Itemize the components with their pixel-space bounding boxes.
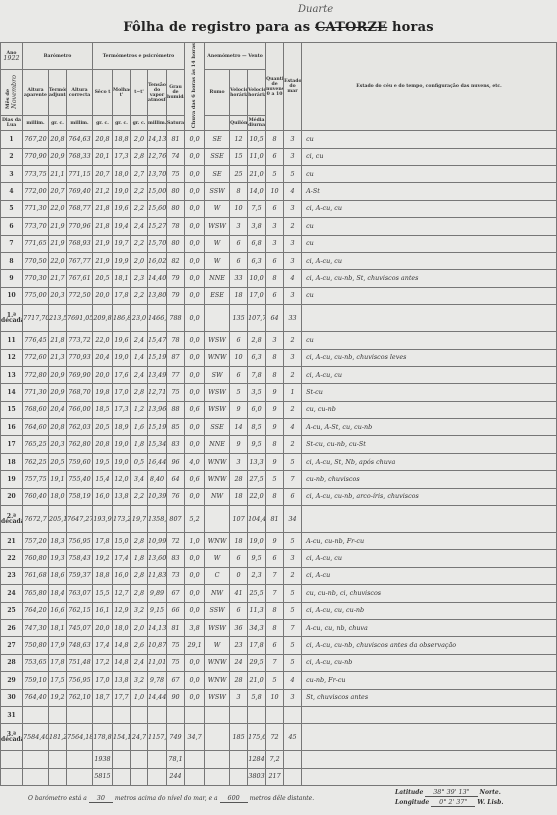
value-cell: 771,30 xyxy=(23,200,49,217)
value-cell: WSW xyxy=(205,332,230,349)
value-cell: 767,20 xyxy=(23,131,49,148)
decade-summary-row: 2.ª década7672,7205,17647,27193,9173,219… xyxy=(1,506,557,533)
value-cell: 34,7 xyxy=(185,724,205,751)
value-cell: 17,9 xyxy=(49,637,67,654)
value-cell: 9 xyxy=(266,533,284,550)
value-cell: 173,2 xyxy=(113,506,131,533)
value-cell xyxy=(205,751,230,768)
value-cell: 0,0 xyxy=(185,384,205,401)
value-cell: 12,7 xyxy=(113,585,131,602)
value-cell: 3 xyxy=(284,689,302,706)
table-row: 7771,6521,9768,9321,919,72,215,70800,0W6… xyxy=(1,235,557,252)
value-cell: 764,40 xyxy=(23,689,49,706)
day-cell: 5 xyxy=(1,200,23,217)
value-cell: 769,40 xyxy=(67,183,93,200)
value-cell: 7,2 xyxy=(266,751,284,768)
value-cell: 2,0 xyxy=(131,619,148,636)
value-cell: 9,15 xyxy=(148,602,167,619)
value-cell: 10,87 xyxy=(148,637,167,654)
value-cell: 6,3 xyxy=(248,252,266,269)
value-cell: 15,19 xyxy=(148,419,167,436)
table-row: 29759,1017,5756,9517,013,83,29,78670,0WN… xyxy=(1,672,557,689)
value-cell: 2,6 xyxy=(131,637,148,654)
table-row: 20760,4018,0758,1916,013,82,210,39760,0N… xyxy=(1,488,557,505)
decade-summary-row: 1.ª década7717,70213,57691,05209,8186,82… xyxy=(1,305,557,332)
value-cell: 1,0 xyxy=(131,689,148,706)
month-value: Novembro xyxy=(12,75,17,109)
value-cell: 765,80 xyxy=(23,585,49,602)
value-cell: 96 xyxy=(167,453,185,470)
sky-observation: ci, A-cu, cu xyxy=(302,200,557,217)
value-cell: 80 xyxy=(167,200,185,217)
value-cell: 17,5 xyxy=(49,672,67,689)
value-cell xyxy=(185,768,205,785)
value-cell: 2 xyxy=(284,218,302,235)
value-cell: SSW xyxy=(205,183,230,200)
value-cell: 81 xyxy=(266,506,284,533)
value-cell: 15,34 xyxy=(148,436,167,453)
value-cell: 6 xyxy=(266,252,284,269)
value-cell: 11,01 xyxy=(148,654,167,671)
thermo-header: Termómetros e psicrómetro xyxy=(93,43,185,70)
value-cell: 3 xyxy=(284,235,302,252)
day-cell: 17 xyxy=(1,436,23,453)
table-row: 30764,4019,2762,1018,717,71,014,44900,0W… xyxy=(1,689,557,706)
value-cell: 0,0 xyxy=(185,165,205,182)
value-cell: 3 xyxy=(284,550,302,567)
sky-observation: A-cu, A-St, cu, cu-nb xyxy=(302,419,557,436)
value-cell: 4 xyxy=(284,672,302,689)
value-cell xyxy=(185,751,205,768)
value-cell: 74 xyxy=(167,148,185,165)
wet-header: Molhado t' xyxy=(113,70,131,116)
value-cell: 5 xyxy=(284,165,302,182)
value-cell: 0,0 xyxy=(185,131,205,148)
value-cell: 19,7 xyxy=(131,506,148,533)
unit-cell: gr. c. xyxy=(49,115,67,130)
day-cell: 8 xyxy=(1,252,23,269)
value-cell: 10 xyxy=(266,183,284,200)
table-row: 8770,5022,0767,7721,919,92,016,02820,0W6… xyxy=(1,252,557,269)
value-cell xyxy=(205,305,230,332)
table-row: 2770,9020,9768,3320,117,32,812,76740,0SS… xyxy=(1,148,557,165)
value-cell: 3 xyxy=(266,235,284,252)
value-cell: 760,40 xyxy=(23,488,49,505)
value-cell: 2,0 xyxy=(131,252,148,269)
value-cell: 6 xyxy=(266,637,284,654)
value-cell: 17,8 xyxy=(113,287,131,304)
value-cell: 81 xyxy=(167,619,185,636)
sky-observation: ci, A-cu, cu-nb, chuviscos antes da obse… xyxy=(302,637,557,654)
value-cell: 75 xyxy=(167,165,185,182)
value-cell xyxy=(49,706,67,723)
value-cell: 10 xyxy=(230,200,248,217)
value-cell: 750,80 xyxy=(23,637,49,654)
value-cell: 10 xyxy=(230,349,248,366)
value-cell: 11,0 xyxy=(248,148,266,165)
value-cell: SE xyxy=(205,165,230,182)
value-cell xyxy=(131,751,148,768)
note-c: metros dêle distante. xyxy=(250,795,314,802)
sky-observation: cu xyxy=(302,131,557,148)
sky-observation: A-cu, cu-nb, Fr-cu xyxy=(302,533,557,550)
value-cell: 770,96 xyxy=(67,218,93,235)
value-cell: 75 xyxy=(167,654,185,671)
sky-observation: ci, A-cu, cu-nb, St, chuviscos antes xyxy=(302,270,557,287)
value-cell: 19,0 xyxy=(113,349,131,366)
value-cell: 18 xyxy=(230,533,248,550)
value-cell: 16,0 xyxy=(93,488,113,505)
value-cell: W xyxy=(205,200,230,217)
sky-observation: ci, cu xyxy=(302,148,557,165)
value-cell: 45 xyxy=(284,724,302,751)
value-cell: 7564,18 xyxy=(67,724,93,751)
value-cell: 66 xyxy=(167,602,185,619)
value-cell: 1284 xyxy=(248,751,266,768)
value-cell: 11,3 xyxy=(248,602,266,619)
value-cell: WNW xyxy=(205,672,230,689)
sky-observation xyxy=(302,724,557,751)
value-cell: 12 xyxy=(230,131,248,148)
value-cell: 19,7 xyxy=(113,235,131,252)
value-cell: 762,80 xyxy=(67,436,93,453)
value-cell: 2,4 xyxy=(131,332,148,349)
value-cell: 8,40 xyxy=(148,471,167,488)
value-cell: 0,0 xyxy=(185,654,205,671)
value-cell xyxy=(205,706,230,723)
value-cell: 75 xyxy=(167,384,185,401)
sky-observation: St-cu xyxy=(302,384,557,401)
value-cell: 0,0 xyxy=(185,567,205,584)
value-cell: WNW xyxy=(205,471,230,488)
value-cell: 0,0 xyxy=(185,419,205,436)
value-cell: 6 xyxy=(266,550,284,567)
value-cell: 2,2 xyxy=(131,488,148,505)
value-cell: 748,63 xyxy=(67,637,93,654)
value-cell: 0,0 xyxy=(185,305,205,332)
value-cell: 2,8 xyxy=(131,533,148,550)
day-cell: 27 xyxy=(1,637,23,654)
value-cell: 5 xyxy=(266,672,284,689)
value-cell: NW xyxy=(205,585,230,602)
table-row: 19757,7519,1755,4015,412,03,48,40640,6WN… xyxy=(1,471,557,488)
value-cell: 205,1 xyxy=(49,506,67,533)
value-cell: 9,89 xyxy=(148,585,167,602)
value-cell: 14,13 xyxy=(148,619,167,636)
value-cell: 2 xyxy=(284,366,302,383)
value-cell: 9 xyxy=(230,436,248,453)
value-cell: 107,7 xyxy=(248,305,266,332)
value-cell xyxy=(230,751,248,768)
sky-header: Estado do céu e do tempo, configuração d… xyxy=(302,43,557,131)
value-cell xyxy=(248,706,266,723)
value-cell: 14,8 xyxy=(113,654,131,671)
value-cell: 759,10 xyxy=(23,672,49,689)
value-cell: 768,70 xyxy=(67,384,93,401)
value-cell: 18,9 xyxy=(113,419,131,436)
value-cell: 19,6 xyxy=(113,200,131,217)
value-cell: 20,8 xyxy=(49,131,67,148)
table-row: 6773,7021,9770,9621,819,42,415,27780,0WS… xyxy=(1,218,557,235)
day-cell: 10 xyxy=(1,287,23,304)
value-cell: 36 xyxy=(230,619,248,636)
value-cell: 12,9 xyxy=(113,602,131,619)
value-cell: W xyxy=(205,550,230,567)
value-cell: 15,4 xyxy=(93,471,113,488)
value-cell: 766,00 xyxy=(67,401,93,418)
value-cell: 21,0 xyxy=(248,165,266,182)
day-cell: 21 xyxy=(1,533,23,550)
lon-suffix: W. Lisb. xyxy=(477,799,503,806)
value-cell: 3,5 xyxy=(248,384,266,401)
value-cell: 9,5 xyxy=(248,550,266,567)
value-cell: 8 xyxy=(266,366,284,383)
value-cell: 0,0 xyxy=(185,436,205,453)
bar-apparent-header: Altura aparente xyxy=(23,70,49,116)
value-cell: 756,95 xyxy=(67,533,93,550)
value-cell: 14,13 xyxy=(148,131,167,148)
day-cell xyxy=(1,751,23,768)
value-cell: 18 xyxy=(230,287,248,304)
value-cell: 9,5 xyxy=(248,436,266,453)
value-cell: 773,75 xyxy=(23,165,49,182)
value-cell: 33 xyxy=(230,270,248,287)
value-cell: 19,2 xyxy=(93,550,113,567)
unit-cell: millim. xyxy=(23,115,49,130)
value-cell: 213,5 xyxy=(49,305,67,332)
value-cell: 759,60 xyxy=(67,453,93,470)
value-cell: 5 xyxy=(230,384,248,401)
value-cell: 2,8 xyxy=(131,567,148,584)
value-cell: 9,78 xyxy=(148,672,167,689)
value-cell: 41 xyxy=(230,585,248,602)
value-cell: 9 xyxy=(230,401,248,418)
value-cell xyxy=(49,768,67,785)
value-cell: 67 xyxy=(167,672,185,689)
value-cell: 18,0 xyxy=(113,619,131,636)
value-cell: 0 xyxy=(230,567,248,584)
value-cell: 3 xyxy=(284,200,302,217)
value-cell: 0,0 xyxy=(185,550,205,567)
value-cell: 3 xyxy=(284,287,302,304)
sky-observation xyxy=(302,706,557,723)
year-value: 1922 xyxy=(1,56,22,61)
value-cell: 767,77 xyxy=(67,252,93,269)
value-cell: 773,72 xyxy=(67,332,93,349)
value-cell: 33 xyxy=(284,305,302,332)
value-cell: 85 xyxy=(167,419,185,436)
value-cell: 2,7 xyxy=(131,165,148,182)
value-cell: WSW xyxy=(205,619,230,636)
value-cell: 772,80 xyxy=(23,366,49,383)
value-cell xyxy=(23,751,49,768)
value-cell: 21,7 xyxy=(49,270,67,287)
value-cell: 8 xyxy=(266,488,284,505)
value-cell: 762,03 xyxy=(67,419,93,436)
value-cell: 22,0 xyxy=(93,332,113,349)
value-cell xyxy=(131,768,148,785)
value-cell: 2 xyxy=(284,567,302,584)
value-cell: 1466,4 xyxy=(148,305,167,332)
value-cell: 8 xyxy=(266,270,284,287)
value-cell: 72 xyxy=(167,533,185,550)
value-cell: 21,1 xyxy=(49,165,67,182)
value-cell: 745,07 xyxy=(67,619,93,636)
value-cell: WNW xyxy=(205,533,230,550)
value-cell: 18,8 xyxy=(113,131,131,148)
value-cell: 3 xyxy=(266,218,284,235)
value-cell: 0,5 xyxy=(131,453,148,470)
value-cell: 78 xyxy=(167,218,185,235)
value-cell: 18,1 xyxy=(49,619,67,636)
value-cell: 7584,40 xyxy=(23,724,49,751)
sky-observation xyxy=(302,751,557,768)
sky-observation xyxy=(302,506,557,533)
height-value: 30 xyxy=(89,794,113,803)
sky-observation: cu xyxy=(302,165,557,182)
wind-speed-header: Velocidade horária xyxy=(230,70,248,116)
value-cell: 34,3 xyxy=(248,619,266,636)
value-cell: 1,8 xyxy=(131,436,148,453)
day-cell: 16 xyxy=(1,419,23,436)
value-cell: 25,5 xyxy=(248,585,266,602)
value-cell: 4 xyxy=(284,270,302,287)
value-cell: 19,0 xyxy=(113,183,131,200)
value-cell: WNW xyxy=(205,349,230,366)
value-cell: 2,0 xyxy=(131,131,148,148)
value-cell: 3 xyxy=(266,332,284,349)
value-cell: 5 xyxy=(266,471,284,488)
value-cell: 73 xyxy=(167,567,185,584)
value-cell: 13,80 xyxy=(148,287,167,304)
value-cell: 19,5 xyxy=(93,453,113,470)
value-cell: 747,30 xyxy=(23,619,49,636)
value-cell: 3,4 xyxy=(131,471,148,488)
value-cell: 14 xyxy=(230,419,248,436)
sky-observation: cu xyxy=(302,218,557,235)
sky-observation: ci, A-cu, cu-nb xyxy=(302,654,557,671)
value-cell: 8 xyxy=(266,619,284,636)
wind-speed-avg-header: Velocidade horária xyxy=(248,70,266,116)
value-cell: 23 xyxy=(230,637,248,654)
decade-summary-row: 193878,112847,2 xyxy=(1,751,557,768)
value-cell: 6 xyxy=(284,488,302,505)
value-cell: 21,9 xyxy=(49,218,67,235)
vapor-header: Tensão do vapor atmosférico xyxy=(148,70,167,116)
table-row: 17765,2520,3762,8020,819,01,815,34830,0N… xyxy=(1,436,557,453)
value-cell: 20,8 xyxy=(49,419,67,436)
value-cell: 764,20 xyxy=(23,602,49,619)
value-cell xyxy=(113,751,131,768)
value-cell: 21,8 xyxy=(93,218,113,235)
value-cell xyxy=(23,768,49,785)
value-cell: 762,10 xyxy=(67,689,93,706)
sky-observation: ci, A-cu, cu-nb, arco-íris, chuviscos xyxy=(302,488,557,505)
table-row: 23761,6818,6759,3718,816,02,811,83730,0C… xyxy=(1,567,557,584)
value-cell: 11,83 xyxy=(148,567,167,584)
dry-header: Sêco t xyxy=(93,70,113,116)
value-cell: 18,5 xyxy=(93,401,113,418)
value-cell: 104,4 xyxy=(248,506,266,533)
value-cell: WSW xyxy=(205,218,230,235)
value-cell: 5 xyxy=(284,585,302,602)
unit-cell: gr. c. xyxy=(113,115,131,130)
value-cell: WSW xyxy=(205,401,230,418)
value-cell: 21,0 xyxy=(248,672,266,689)
value-cell: 0,0 xyxy=(185,585,205,602)
value-cell: 1,0 xyxy=(185,533,205,550)
value-cell: 18,3 xyxy=(49,533,67,550)
value-cell: W xyxy=(205,235,230,252)
sea-header: Estado do mar xyxy=(284,43,302,131)
value-cell: 5 xyxy=(284,602,302,619)
value-cell: 771,65 xyxy=(23,235,49,252)
longitude: Longitude 0° 2' 37" W. Lisb. xyxy=(395,798,503,806)
value-cell: W xyxy=(205,252,230,269)
day-cell: 6 xyxy=(1,218,23,235)
value-cell: 15,70 xyxy=(148,235,167,252)
value-cell: 5 xyxy=(284,533,302,550)
value-cell: 788 xyxy=(167,305,185,332)
value-cell: 15,47 xyxy=(148,332,167,349)
value-cell: 17,8 xyxy=(93,533,113,550)
value-cell: 20,4 xyxy=(93,349,113,366)
value-cell: 2,4 xyxy=(131,366,148,383)
note-a: O barómetro está a xyxy=(28,795,87,802)
value-cell: 10 xyxy=(266,689,284,706)
value-cell: 10,99 xyxy=(148,533,167,550)
value-cell: 9 xyxy=(266,384,284,401)
value-cell: 217 xyxy=(266,768,284,785)
value-cell: 17,0 xyxy=(113,384,131,401)
value-cell: 9 xyxy=(266,419,284,436)
value-cell: 87 xyxy=(167,349,185,366)
value-cell: 154,1 xyxy=(113,724,131,751)
value-cell: 10,39 xyxy=(148,488,167,505)
value-cell: 10,0 xyxy=(248,270,266,287)
table-row: 14771,3020,9768,7019,817,02,812,71750,0W… xyxy=(1,384,557,401)
value-cell: 0,0 xyxy=(185,235,205,252)
value-cell: 17,7 xyxy=(113,689,131,706)
value-cell: 760,80 xyxy=(23,550,49,567)
value-cell: 15,5 xyxy=(93,585,113,602)
note-b: metros acima do nível do mar, e a xyxy=(115,795,218,802)
value-cell: 6 xyxy=(230,252,248,269)
table-row: 9770,3021,7767,6120,518,12,314,40790,0NN… xyxy=(1,270,557,287)
value-cell: 1,8 xyxy=(131,550,148,567)
value-cell: 8 xyxy=(266,602,284,619)
value-cell xyxy=(230,706,248,723)
value-cell: 2 xyxy=(284,436,302,453)
value-cell: 18,4 xyxy=(49,585,67,602)
value-cell: 2,8 xyxy=(248,332,266,349)
barometer-header: Barómetro xyxy=(23,43,93,70)
value-cell: 20,0 xyxy=(93,619,113,636)
value-cell: 2,3 xyxy=(248,567,266,584)
sky-observation xyxy=(302,768,557,785)
value-cell: 13,96 xyxy=(148,401,167,418)
table-row: 1767,2020,8764,6320,818,82,014,13810,0SE… xyxy=(1,131,557,148)
value-cell: 4,0 xyxy=(185,453,205,470)
table-row: 25764,2016,6762,1516,112,93,29,15660,0SS… xyxy=(1,602,557,619)
value-cell: 2,4 xyxy=(131,654,148,671)
value-cell: 29,5 xyxy=(248,654,266,671)
table-row: 21757,2018,3756,9517,815,02,810,99721,0W… xyxy=(1,533,557,550)
value-cell: 771,30 xyxy=(23,384,49,401)
value-cell: 8 xyxy=(266,349,284,366)
value-cell: 7 xyxy=(266,567,284,584)
table-row: 31 xyxy=(1,706,557,723)
